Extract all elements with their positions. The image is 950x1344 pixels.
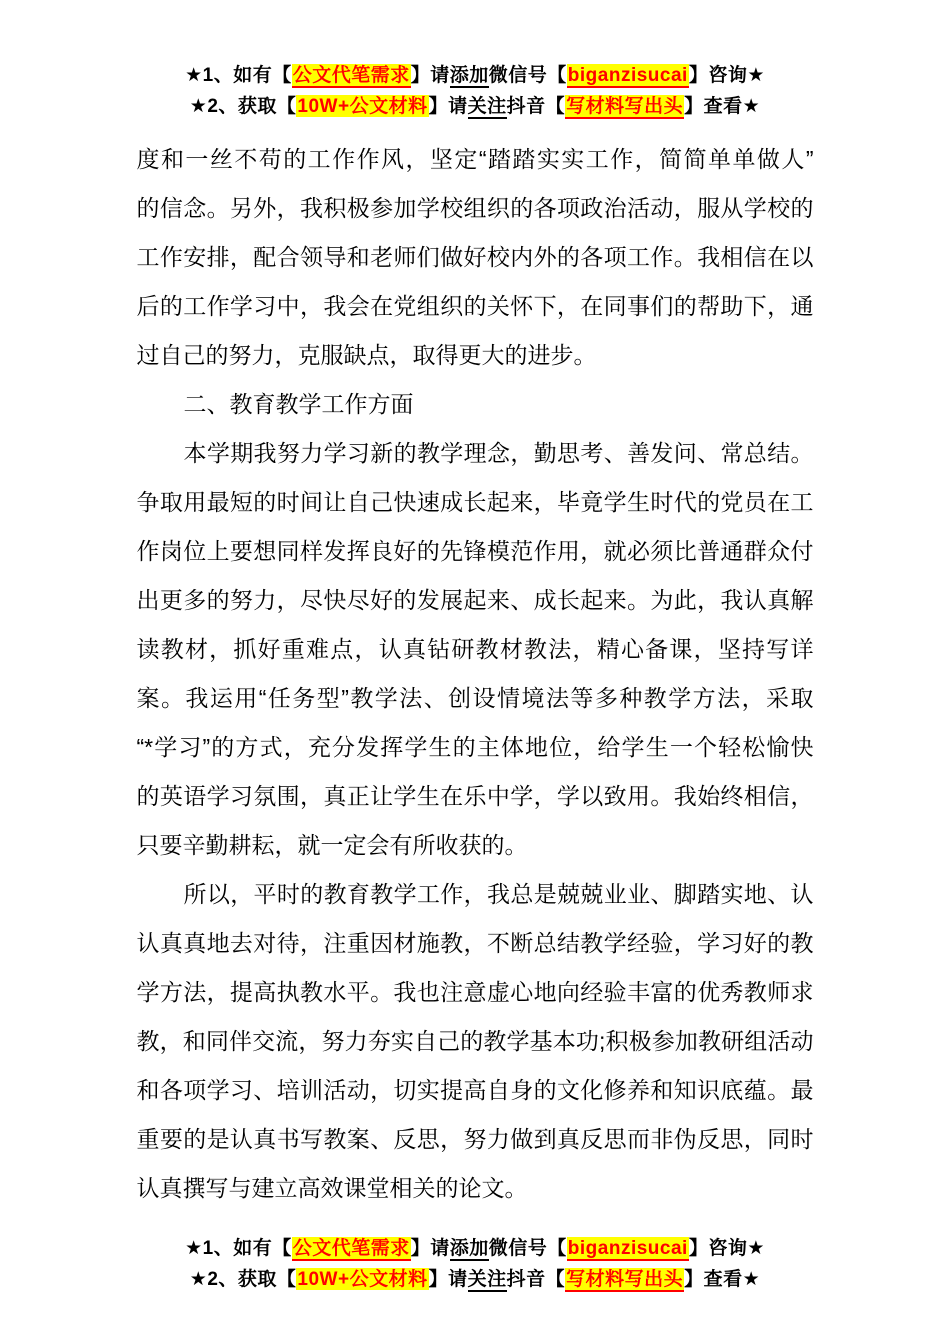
body-text-line: 工作安排，配合领导和老师们做好校内外的各项工作。我相信在以 [137, 233, 814, 282]
body-text-line: “*学习”的方式，充分发挥学生的主体地位，给学生一个轻松愉快 [137, 723, 814, 772]
promo-text-segment: 抖音【 [507, 1269, 566, 1290]
body-text-line: 案。我运用“任务型”教学法、创设情境法等多种教学方法，采取 [137, 674, 814, 723]
promo-text-segment: 】咨询★ [689, 1238, 765, 1259]
promo-text-segment: ★1、如有【 [185, 65, 292, 86]
body-text-line: 重要的是认真书写教案、反思，努力做到真反思而非伪反思，同时 [137, 1115, 814, 1164]
promo-highlight-segment: 写材料写出头 [565, 1268, 684, 1292]
promo-header-line-2: ★2、获取【10W+公文材料】请关注抖音【写材料写出头】查看★ [0, 91, 950, 122]
body-text-line: 的信念。另外，我积极参加学校组织的各项政治活动，服从学校的 [137, 184, 814, 233]
promo-text-segment: 关注 [468, 1269, 507, 1292]
promo-header: ★1、如有【公文代笔需求】请添加微信号【biganzisucai】咨询★ ★2、… [0, 0, 950, 122]
section-heading-line: 二、教育教学工作方面 [137, 380, 814, 429]
document-page: ★1、如有【公文代笔需求】请添加微信号【biganzisucai】咨询★ ★2、… [0, 0, 950, 1344]
promo-header-line-1: ★1、如有【公文代笔需求】请添加微信号【biganzisucai】咨询★ [0, 60, 950, 91]
promo-text-segment: 添加 [450, 65, 489, 88]
promo-text-segment: 】咨询★ [689, 65, 765, 86]
promo-highlight-segment: biganzisucai [567, 1237, 689, 1261]
body-text-line: 本学期我努力学习新的教学理念，勤思考、善发问、常总结。 [137, 429, 814, 478]
body-text-line: 教，和同伴交流，努力夯实自己的教学基本功;积极参加教研组活动 [137, 1017, 814, 1066]
body-text-line: 过自己的努力，克服缺点，取得更大的进步。 [137, 331, 814, 380]
promo-text-segment: 】查看★ [684, 96, 760, 117]
promo-text-segment: ★2、获取【 [190, 1269, 297, 1290]
promo-text-segment: 】请 [411, 1238, 450, 1259]
body-text-line: 只要辛勤耕耘，就一定会有所收获的。 [137, 821, 814, 870]
promo-text-segment: 抖音【 [507, 96, 566, 117]
body-text-line: 的英语学习氛围，真正让学生在乐中学，学以致用。我始终相信， [137, 772, 814, 821]
promo-highlight-segment: biganzisucai [567, 64, 689, 88]
promo-text-segment: 】请 [429, 1269, 468, 1290]
promo-text-segment: 】查看★ [684, 1269, 760, 1290]
promo-highlight-segment: 公文代笔需求 [292, 1237, 411, 1261]
promo-highlight-segment: 写材料写出头 [565, 95, 684, 119]
body-text-line: 学方法，提高执教水平。我也注意虚心地向经验丰富的优秀教师求 [137, 968, 814, 1017]
promo-highlight-segment: 10W+公文材料 [296, 1268, 428, 1290]
body-text-line: 作岗位上要想同样发挥良好的先锋模范作用，就必须比普通群众付 [137, 527, 814, 576]
promo-text-segment: 关注 [468, 96, 507, 119]
promo-text-segment: 添加 [450, 1238, 489, 1261]
promo-footer: ★1、如有【公文代笔需求】请添加微信号【biganzisucai】咨询★ ★2、… [0, 1233, 950, 1295]
promo-highlight-segment: 公文代笔需求 [292, 64, 411, 88]
body-text-line: 认真撰写与建立高效课堂相关的论文。 [137, 1164, 814, 1213]
promo-text-segment: 微信号【 [489, 1238, 567, 1259]
promo-text-segment: 】请 [429, 96, 468, 117]
body-text-line: 争取用最短的时间让自己快速成长起来，毕竟学生时代的党员在工 [137, 478, 814, 527]
promo-text-segment: ★2、获取【 [190, 96, 297, 117]
promo-text-segment: 】请 [411, 65, 450, 86]
body-text-line: 后的工作学习中，我会在党组织的关怀下，在同事们的帮助下，通 [137, 282, 814, 331]
body-text-line: 所以，平时的教育教学工作，我总是兢兢业业、脚踏实地、认 [137, 870, 814, 919]
body-text-line: 度和一丝不苟的工作作风，坚定“踏踏实实工作，简简单单做人” [137, 135, 814, 184]
promo-text-segment: 微信号【 [489, 65, 567, 86]
promo-highlight-segment: 10W+公文材料 [296, 95, 428, 117]
body-text-line: 和各项学习、培训活动，切实提高自身的文化修养和知识底蕴。最 [137, 1066, 814, 1115]
body-text-line: 读教材，抓好重难点，认真钻研教材教法，精心备课，坚持写详 [137, 625, 814, 674]
promo-footer-line-1: ★1、如有【公文代笔需求】请添加微信号【biganzisucai】咨询★ [0, 1233, 950, 1264]
promo-footer-line-2: ★2、获取【10W+公文材料】请关注抖音【写材料写出头】查看★ [0, 1264, 950, 1295]
body-text-line: 出更多的努力，尽快尽好的发展起来、成长起来。为此，我认真解 [137, 576, 814, 625]
promo-text-segment: ★1、如有【 [185, 1238, 292, 1259]
body-text-line: 认真真地去对待，注重因材施教，不断总结教学经验，学习好的教 [137, 919, 814, 968]
document-body: 度和一丝不苟的工作作风，坚定“踏踏实实工作，简简单单做人”的信念。另外，我积极参… [137, 135, 814, 1213]
